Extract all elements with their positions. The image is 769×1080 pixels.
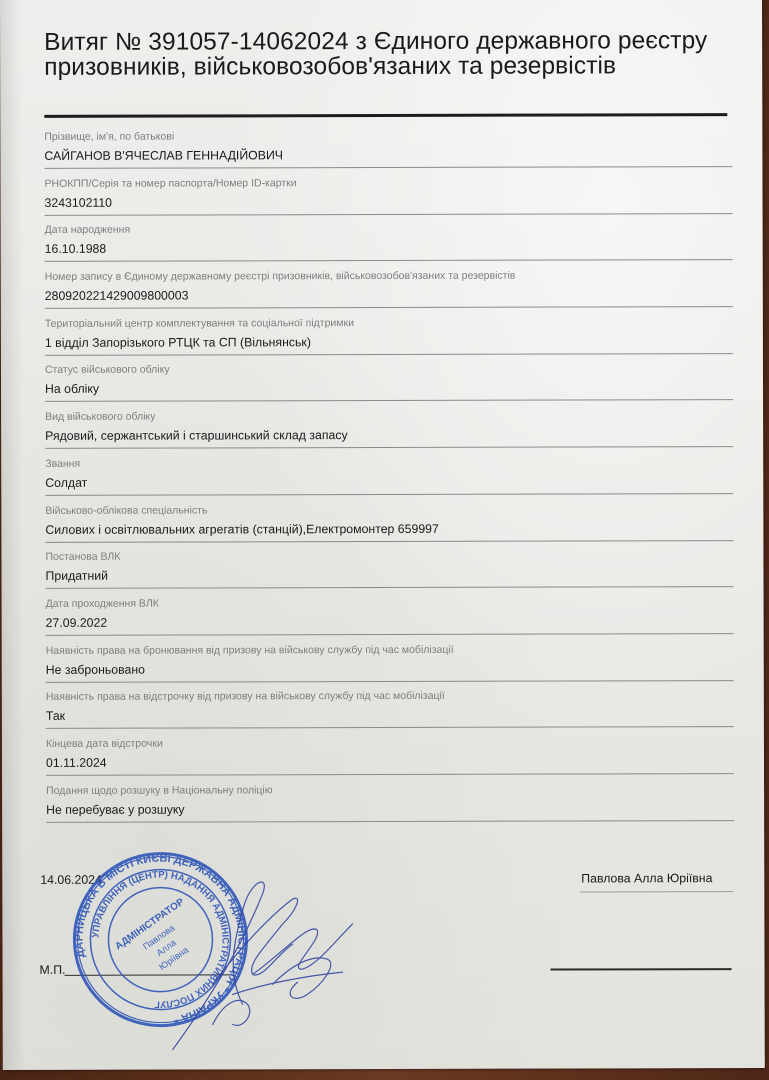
field-label: Наявність права на бронювання від призов… xyxy=(46,643,454,656)
field-divider xyxy=(45,493,733,496)
field-label: Територіальний центр комплектування та с… xyxy=(45,317,354,330)
field-label: Постанова ВЛК xyxy=(45,551,120,563)
field-value: 1 відділ Запорізького РТЦК та СП (Вільня… xyxy=(45,335,311,350)
record-field: Вид військового облікуРядовий, сержантсь… xyxy=(45,409,735,457)
field-divider xyxy=(46,820,734,823)
field-divider xyxy=(45,540,733,543)
signer-name-underline xyxy=(580,891,733,892)
signer-name: Павлова Алла Юріївна xyxy=(581,871,712,885)
field-value: Рядовий, сержантський і старшинський скл… xyxy=(45,428,348,443)
field-value: 3243102110 xyxy=(45,195,113,209)
field-divider xyxy=(45,306,733,309)
record-field: Постанова ВЛКПридатний xyxy=(45,549,735,597)
field-divider xyxy=(45,213,733,216)
field-label: Номер запису в Єдиному державному реєстр… xyxy=(45,270,516,283)
field-value: Не перебуває у розшуку xyxy=(46,802,184,816)
record-field: Номер запису в Єдиному державному реєстр… xyxy=(45,269,735,317)
record-field: Статус військового облікуНа обліку xyxy=(45,363,735,411)
field-label: Дата проходження ВЛК xyxy=(46,597,159,609)
field-divider xyxy=(45,400,733,403)
field-label: Прізвище, ім'я, по батькові xyxy=(44,131,174,143)
field-label: Дата народження xyxy=(45,224,131,236)
seal-place-label: М.П. xyxy=(40,963,66,977)
field-divider xyxy=(46,680,734,683)
record-field: Дата народження16.10.1988 xyxy=(45,222,735,270)
record-field: Кінцева дата відстрочки01.11.2024 xyxy=(46,736,736,784)
field-label: Статус військового обліку xyxy=(45,364,170,376)
title-divider xyxy=(44,113,727,118)
field-label: РНОКПП/Серія та номер паспорта/Номер ID-… xyxy=(44,177,296,190)
field-divider xyxy=(46,726,734,729)
field-label: Вид військового обліку xyxy=(45,411,155,423)
record-field: Наявність права на бронювання від призов… xyxy=(46,643,736,691)
field-label: Подання щодо розшуку в Національну поліц… xyxy=(46,784,273,797)
record-field: Військово-облікова спеціальністьСилових … xyxy=(45,503,735,551)
field-value: Силових і освітлювальних агрегатів (стан… xyxy=(45,521,438,536)
field-value: САЙГАНОВ В'ЯЧЕСЛАВ ГЕННАДІЙОВИЧ xyxy=(44,148,283,163)
record-field: Територіальний центр комплектування та с… xyxy=(45,316,735,364)
field-value: Не заброньовано xyxy=(46,662,145,676)
field-divider xyxy=(46,633,734,636)
record-field: ЗванняСолдат xyxy=(45,456,735,504)
field-label: Військово-облікова спеціальність xyxy=(45,504,207,516)
field-value: На обліку xyxy=(45,382,99,396)
record-field: Подання щодо розшуку в Національну поліц… xyxy=(46,783,736,831)
field-value: Солдат xyxy=(45,476,87,490)
record-field: Прізвище, ім'я, по батьковіСАЙГАНОВ В'ЯЧ… xyxy=(44,129,734,177)
page-shadow xyxy=(0,0,25,1070)
field-value: Придатний xyxy=(45,569,107,583)
field-divider xyxy=(45,446,733,449)
field-divider xyxy=(46,773,734,776)
field-value: 01.11.2024 xyxy=(46,756,107,770)
field-label: Звання xyxy=(45,458,80,470)
field-value: Так xyxy=(46,709,65,723)
field-value: 280920221429009800003 xyxy=(45,289,189,303)
field-label: Кінцева дата відстрочки xyxy=(46,738,163,750)
record-field: Дата проходження ВЛК27.09.2022 xyxy=(46,596,736,644)
document-page: Витяг № 391057-14062024 з Єдиного держав… xyxy=(0,0,765,1070)
handwritten-signature-icon xyxy=(152,854,403,1055)
field-divider xyxy=(45,259,733,262)
field-label: Наявність права на відстрочку від призов… xyxy=(46,690,445,703)
field-value: 27.09.2022 xyxy=(46,616,108,630)
signature-line xyxy=(551,968,732,970)
record-field: РНОКПП/Серія та номер паспорта/Номер ID-… xyxy=(44,176,734,224)
document-title: Витяг № 391057-14062024 з Єдиного держав… xyxy=(44,28,734,80)
record-fields: Прізвище, ім'я, по батьковіСАЙГАНОВ В'ЯЧ… xyxy=(44,129,736,831)
field-divider xyxy=(44,166,732,169)
field-value: 16.10.1988 xyxy=(45,242,107,256)
field-divider xyxy=(45,353,733,356)
field-divider xyxy=(46,586,734,589)
record-field: Наявність права на відстрочку від призов… xyxy=(46,689,736,737)
